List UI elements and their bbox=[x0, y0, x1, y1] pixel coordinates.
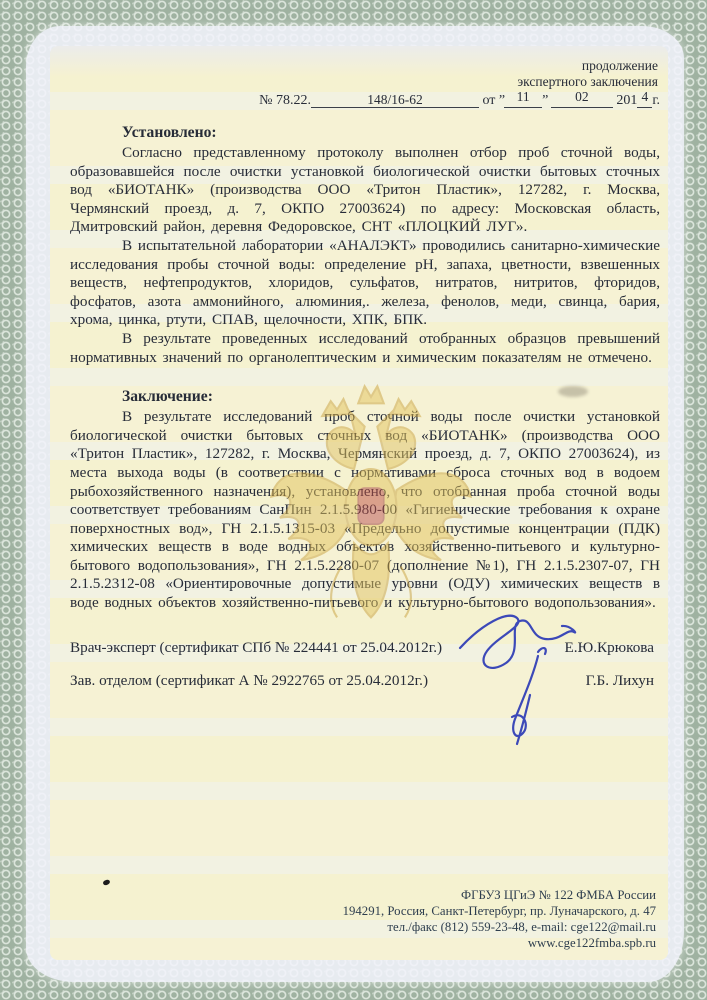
footer-phone-email: тел./факс (812) 559-23-48, e-mail: cge12… bbox=[343, 919, 656, 935]
date-year-unit: г. bbox=[652, 93, 660, 108]
signature-name-kryukova: Е.Ю.Крюкова bbox=[565, 639, 654, 657]
signature-role-expert: Врач-эксперт (сертификат СПб № 224441 от… bbox=[70, 639, 442, 657]
date-year-prefix: 201 bbox=[616, 93, 637, 108]
date-month: 02 bbox=[575, 89, 589, 104]
paragraph-conclusion: В результате исследований проб сточной в… bbox=[70, 408, 660, 613]
document-page: продолжение экспертного заключения № 78.… bbox=[50, 46, 668, 960]
section-heading-established: Установлено: bbox=[122, 124, 660, 142]
signature-row-expert: Врач-эксперт (сертификат СПб № 224441 от… bbox=[70, 639, 654, 657]
stain-mark bbox=[558, 386, 588, 397]
signature-row-head: Зав. отделом (сертификат А № 2922765 от … bbox=[70, 672, 654, 690]
document-header: продолжение экспертного заключения bbox=[70, 58, 658, 89]
scanned-document-mat: продолжение экспертного заключения № 78.… bbox=[0, 0, 707, 1000]
signature-likhun bbox=[512, 648, 546, 744]
date-year-digit: 4 bbox=[641, 89, 648, 104]
page-deckle-edge: продолжение экспертного заключения № 78.… bbox=[26, 26, 684, 982]
paragraph-sampling: Согласно представленному протоколу выпол… bbox=[70, 144, 660, 237]
footer-website: www.cge122fmba.spb.ru bbox=[343, 935, 656, 951]
document-number-line: № 78.22.148/16-62 от ”11” 02 2014г. bbox=[70, 92, 660, 109]
date-close-quote: ” bbox=[542, 93, 547, 108]
signature-name-likhun: Г.Б. Лихун bbox=[586, 672, 654, 690]
paragraph-results: В результате проведенных исследований от… bbox=[70, 330, 660, 367]
footer-org-name: ФГБУЗ ЦГиЭ № 122 ФМБА России bbox=[343, 887, 656, 903]
date-day: 11 bbox=[517, 89, 530, 104]
footer-address: 194291, Россия, Санкт-Петербург, пр. Лун… bbox=[343, 903, 656, 919]
date-from-label: от bbox=[482, 93, 495, 108]
continuation-line-1: продолжение bbox=[70, 58, 658, 74]
doc-no-label: № 78.22. bbox=[259, 93, 311, 108]
ink-dot bbox=[102, 879, 110, 886]
footer-org-block: ФГБУЗ ЦГиЭ № 122 ФМБА России 194291, Рос… bbox=[343, 887, 656, 951]
continuation-line-2: экспертного заключения bbox=[70, 74, 658, 90]
signature-role-head: Зав. отделом (сертификат А № 2922765 от … bbox=[70, 672, 428, 690]
paragraph-lab-tests: В испытательной лаборатории «АНАЛЭКТ» пр… bbox=[70, 237, 660, 330]
doc-no-value: 148/16-62 bbox=[367, 92, 423, 107]
